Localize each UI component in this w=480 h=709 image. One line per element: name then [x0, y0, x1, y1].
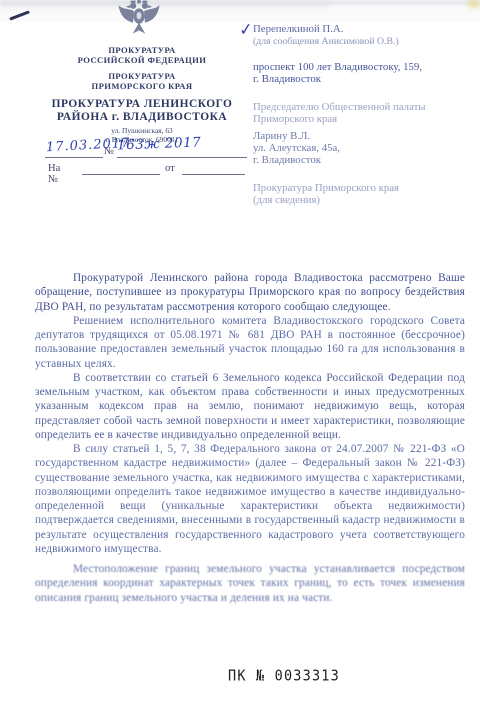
recipient-primary-name: Перепелкиной П.А.	[253, 24, 399, 36]
chairman-city: г. Владивосток	[253, 155, 340, 167]
recipient-chairman-title: Председателю Общественной палаты Приморс…	[253, 102, 426, 126]
recipient-chairman: Ларину В.Л. ул. Алеутская, 45а, г. Влади…	[253, 131, 340, 166]
recipient-copy-org: Прокуратура Приморского края (для сведен…	[253, 183, 399, 207]
scan-artifact-band	[0, 0, 480, 21]
body-paragraph-5: Местоположение границ земельного участка…	[35, 562, 465, 605]
pen-mark	[9, 10, 30, 20]
russia-coat-of-arms-eagle-icon	[117, 0, 161, 40]
body-paragraph-4: В силу статьей 1, 5, 7, 38 Федерального …	[35, 442, 465, 556]
body-paragraph-2: Решением исполнительного комитета Владив…	[35, 314, 465, 371]
chairman-street: ул. Алеутская, 45а,	[253, 143, 340, 155]
checkmark-annotation: ✓	[238, 24, 253, 37]
org-federal-line2: РОССИЙСКОЙ ФЕДЕРАЦИИ	[28, 56, 256, 66]
copy-org-line2: (для сведения)	[253, 195, 399, 207]
org-regional: ПРОКУРАТУРА ПРИМОРСКОГО КРАЯ	[28, 72, 256, 91]
letter-body: Прокуратурой Ленинского района города Вл…	[35, 271, 465, 605]
ref-date-underline	[182, 174, 245, 175]
recipient-primary: ✓ Перепелкиной П.А. (для сообщения Аниси…	[253, 24, 399, 48]
recipient-primary-city: г. Владивосток	[253, 74, 422, 86]
org-federal: ПРОКУРАТУРА РОССИЙСКОЙ ФЕДЕРАЦИИ	[28, 46, 256, 65]
scanned-letter-page: ПРОКУРАТУРА РОССИЙСКОЙ ФЕДЕРАЦИИ ПРОКУРА…	[0, 0, 480, 709]
ref-number-underline	[82, 174, 160, 175]
recipient-primary-note: (для сообщения Анисимовой О.В.)	[253, 36, 399, 48]
scan-corner-smudge	[468, 0, 480, 8]
org-regional-line2: ПРИМОРСКОГО КРАЯ	[28, 82, 256, 92]
recipient-primary-address: проспект 100 лет Владивостоку, 159, г. В…	[253, 62, 422, 86]
handwritten-number: 163ж 2017	[117, 135, 202, 154]
body-paragraph-1: Прокуратурой Ленинского района города Вл…	[35, 271, 465, 314]
number-sign: №	[104, 146, 114, 157]
org-district-line1: ПРОКУРАТУРА ЛЕНИНСКОГО	[28, 98, 256, 110]
form-serial-stamp: ПК № 0033313	[228, 667, 340, 685]
org-district-line2: РАЙОНА г. ВЛАДИВОСТОКА	[28, 111, 256, 123]
scan-artifact-smudge	[0, 0, 330, 9]
date-underline	[45, 157, 103, 158]
ref-prefix: На №	[48, 163, 60, 185]
body-paragraph-3: В соответствии со статьей 6 Земельного к…	[35, 371, 465, 442]
number-underline	[117, 157, 247, 158]
letterhead: ПРОКУРАТУРА РОССИЙСКОЙ ФЕДЕРАЦИИ ПРОКУРА…	[28, 46, 256, 144]
scan-artifact-band	[0, 0, 480, 5]
chairman-title-line2: Приморского края	[253, 114, 426, 126]
ref-from-label: от	[165, 163, 175, 174]
org-district: ПРОКУРАТУРА ЛЕНИНСКОГО РАЙОНА г. ВЛАДИВО…	[28, 98, 256, 123]
